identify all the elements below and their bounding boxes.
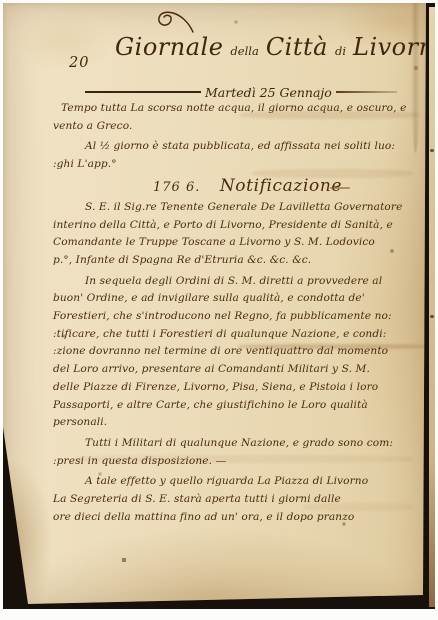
manuscript-paragraph: Tutti i Militari di qualunque Nazione, e…: [53, 435, 417, 470]
title-flourish-icon: [153, 8, 195, 34]
manuscript-line: delle Piazze di Firenze, Livorno, Pisa, …: [53, 379, 417, 397]
manuscript-line: :tificare, che tutti i Forestieri di qua…: [53, 326, 417, 344]
notification-heading: 176 6. Notificazione: [53, 175, 417, 197]
date-rule-right: [336, 91, 397, 93]
manuscript-line: personali.: [53, 414, 417, 432]
manuscript-paragraph: In sequela degli Ordini di S. M. diretti…: [53, 273, 417, 432]
title-word-della: della: [230, 44, 258, 58]
title-word-livorno: Livorno: [353, 33, 435, 61]
binding-stitch: [430, 315, 434, 318]
manuscript-line: Forestieri, che s'introducono nel Regno,…: [53, 308, 417, 326]
manuscript-line: Tempo tutta La scorsa notte acqua, il gi…: [53, 100, 417, 118]
binding-stitch: [430, 149, 434, 152]
title-word-di: di: [335, 44, 346, 58]
date-row: Martedì 25 Gennajo: [85, 83, 397, 101]
date-rule-left: [85, 91, 201, 93]
paragraphs-after: S. E. il Sig.re Tenente Generale De Lavi…: [53, 199, 417, 527]
manuscript-paragraph: Al ½ giorno è stata pubblicata, ed affis…: [53, 138, 417, 173]
title-word-giornale: Giornale: [115, 33, 223, 61]
book-edge-strip: [429, 7, 435, 607]
title-word-citta: Città: [266, 33, 328, 61]
manuscript-line: ore dieci della mattina fino ad un' ora,…: [53, 509, 417, 527]
notification-year: 176 6.: [153, 180, 200, 195]
flourish-dash: [330, 187, 350, 189]
manuscript-line: vento a Greco.: [53, 118, 417, 136]
manuscript-line: Passaporti, e altre Carte, che giustific…: [53, 397, 417, 415]
page-number: 20: [69, 55, 89, 71]
manuscript-paragraph: S. E. il Sig.re Tenente Generale De Lavi…: [53, 199, 417, 270]
manuscript-text-column: Tempo tutta La scorsa notte acqua, il gi…: [53, 100, 417, 526]
manuscript-line: p.°, Infante di Spagna Re d'Etruria &c. …: [53, 252, 417, 270]
manuscript-paragraph: A tale effetto y quello riguarda La Piaz…: [53, 473, 417, 526]
manuscript-line: buon' Ordine, e ad invigilare sulla qual…: [53, 290, 417, 308]
manuscript-line: A tale effetto y quello riguarda La Piaz…: [53, 473, 417, 491]
manuscript-page: 20 Giornale della Città di Livorno Marte…: [3, 3, 429, 609]
manuscript-line: La Segreteria di S. E. starà aperta tutt…: [53, 491, 417, 509]
manuscript-line: S. E. il Sig.re Tenente Generale De Lavi…: [53, 199, 417, 217]
manuscript-line: Al ½ giorno è stata pubblicata, ed affis…: [53, 138, 417, 156]
manuscript-line: del Loro arrivo, presentare ai Comandant…: [53, 361, 417, 379]
manuscript-line: :zione dovranno nel termine di ore venti…: [53, 343, 417, 361]
manuscript-paragraph: Tempo tutta La scorsa notte acqua, il gi…: [53, 100, 417, 135]
scan-frame: 20 Giornale della Città di Livorno Marte…: [0, 0, 438, 620]
date-heading: Martedì 25 Gennajo: [205, 85, 332, 100]
manuscript-line: :ghi L'app.°: [53, 156, 417, 174]
photo-backdrop: 20 Giornale della Città di Livorno Marte…: [3, 3, 435, 609]
paragraphs-before: Tempo tutta La scorsa notte acqua, il gi…: [53, 100, 417, 174]
manuscript-line: interino della Città, e Porto di Livorno…: [53, 217, 417, 235]
manuscript-line: Comandante le Truppe Toscane a Livorno y…: [53, 234, 417, 252]
notification-title: Notificazione: [220, 176, 342, 196]
manuscript-line: :presi in questa disposizione. —: [53, 453, 417, 471]
paper-stain: [3, 3, 5, 5]
journal-title: Giornale della Città di Livorno: [115, 33, 435, 61]
manuscript-line: Tutti i Militari di qualunque Nazione, e…: [53, 435, 417, 453]
manuscript-line: In sequela degli Ordini di S. M. diretti…: [53, 273, 417, 291]
